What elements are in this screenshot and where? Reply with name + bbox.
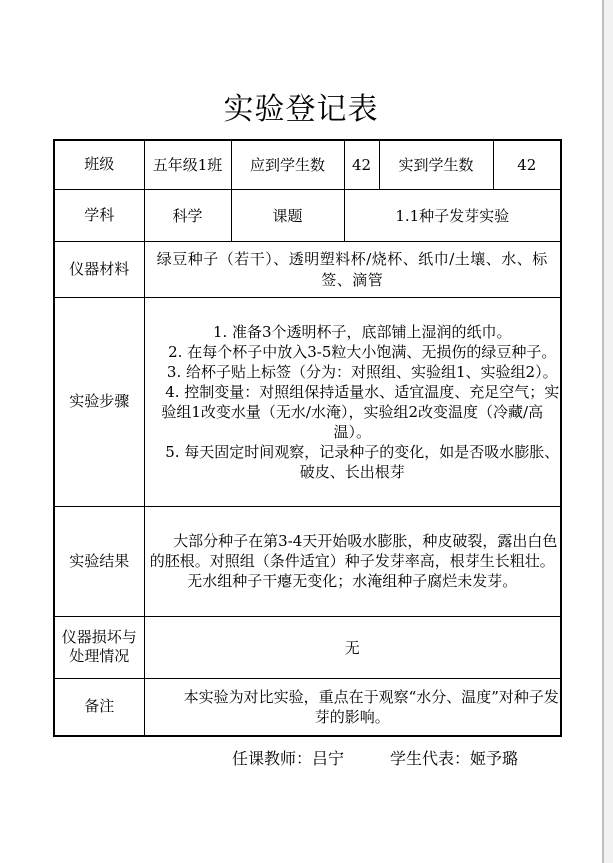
table-row: 班级 五年级1班 应到学生数 42 实到学生数 42 [54,140,561,189]
results-value: 大部分种子在第3-4天开始吸水膨胀，种皮破裂，露出白色的胚根。对照组（条件适宜）… [144,506,561,616]
expected-students-value: 42 [344,140,379,189]
step-item: 1. 准备3个透明杯子，底部铺上湿润的纸巾。 [145,322,561,342]
materials-value: 绿豆种子（若干）、透明塑料杯/烧杯、纸巾/土壤、水、标签、滴管 [144,241,561,297]
table-row: 学科 科学 课题 1.1种子发芽实验 [54,189,561,241]
student-signature: 学生代表：姬予璐 [390,746,518,769]
class-label: 班级 [54,140,144,189]
remarks-value: 本实验为对比实验，重点在于观察“水分、温度”对种子发芽的影响。 [144,678,561,736]
table-row: 实验步骤 1. 准备3个透明杯子，底部铺上湿润的纸巾。 2. 在每个杯子中放入3… [54,297,561,506]
actual-students-label: 实到学生数 [379,140,493,189]
steps-cell: 1. 准备3个透明杯子，底部铺上湿润的纸巾。 2. 在每个杯子中放入3-5粒大小… [144,297,561,506]
step-item: 2. 在每个杯子中放入3-5粒大小饱满、无损伤的绿豆种子。 [145,342,561,362]
subject-label: 学科 [54,189,144,241]
page-edge [602,0,613,863]
topic-value: 1.1种子发芽实验 [344,189,561,241]
table-row: 备注 本实验为对比实验，重点在于观察“水分、温度”对种子发芽的影响。 [54,678,561,736]
steps-label: 实验步骤 [54,297,144,506]
remarks-label: 备注 [54,678,144,736]
actual-students-value: 42 [493,140,561,189]
expected-students-label: 应到学生数 [231,140,344,189]
remarks-text: 本实验为对比实验，重点在于观察“水分、温度”对种子发芽的影响。 [145,687,561,727]
damage-value: 无 [144,616,561,678]
page-title: 实验登记表 [0,84,602,128]
step-item: 4. 控制变量：对照组保持适量水、适宜温度、充足空气；实验组1改变水量（无水/水… [145,382,561,442]
document-page: 实验登记表 班级 五年级1班 应到学生数 42 实到学生数 42 学科 科学 课… [0,0,613,863]
results-label: 实验结果 [54,506,144,616]
topic-label: 课题 [231,189,344,241]
teacher-signature: 任课教师：吕宁 [232,746,344,769]
step-item: 5. 每天固定时间观察，记录种子的变化，如是否吸水膨胀、破皮、长出根芽 [145,442,561,482]
experiment-registration-table: 班级 五年级1班 应到学生数 42 实到学生数 42 学科 科学 课题 1.1种… [53,139,562,737]
class-value: 五年级1班 [144,140,231,189]
step-item: 3. 给杯子贴上标签（分为：对照组、实验组1、实验组2）。 [145,362,561,382]
results-text: 大部分种子在第3-4天开始吸水膨胀，种皮破裂，露出白色的胚根。对照组（条件适宜）… [145,531,561,591]
damage-label: 仪器损坏与处理情况 [54,616,144,678]
table-row: 仪器材料 绿豆种子（若干）、透明塑料杯/烧杯、纸巾/土壤、水、标签、滴管 [54,241,561,297]
signature-line: 任课教师：吕宁 学生代表：姬予璐 [232,746,518,769]
subject-value: 科学 [144,189,231,241]
table-row: 仪器损坏与处理情况 无 [54,616,561,678]
materials-label: 仪器材料 [54,241,144,297]
table-row: 实验结果 大部分种子在第3-4天开始吸水膨胀，种皮破裂，露出白色的胚根。对照组（… [54,506,561,616]
